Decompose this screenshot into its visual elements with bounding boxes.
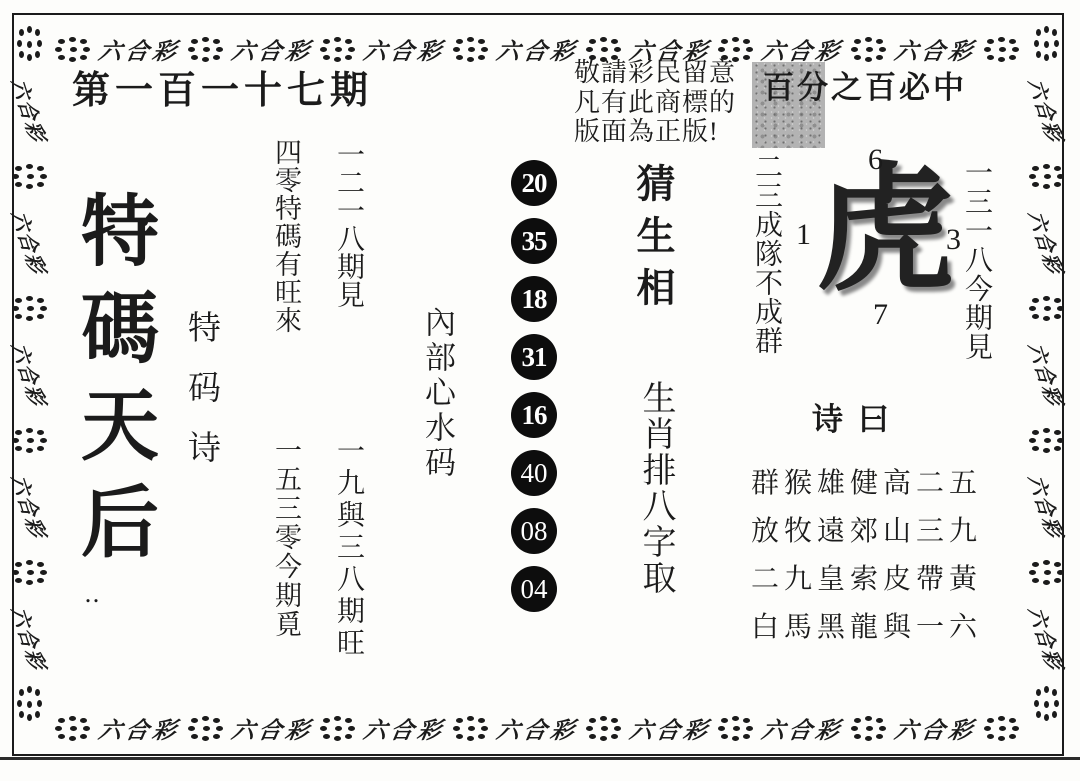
tip-column-2-bottom: 一九與三八期旺	[334, 436, 362, 660]
number-ball: 35	[511, 218, 557, 264]
heading-ellipsis: ‥	[84, 583, 104, 607]
brand-mark: 六合彩	[96, 712, 183, 745]
brand-mark: 六合彩	[627, 712, 714, 745]
dot-cluster-icon	[1033, 686, 1061, 722]
dot-cluster-icon	[1029, 426, 1065, 454]
copyright-notice: 敬請彩民留意 凡有此商標的 版面為正版!	[574, 58, 736, 147]
tiger-number-top: 6	[868, 145, 883, 175]
number-ball: 04	[511, 566, 557, 612]
issue-title: 第一百一十七期	[72, 72, 373, 110]
sub-heading: 特码诗	[184, 310, 217, 490]
tiger-number-bottom: 7	[873, 300, 888, 330]
decorative-border-top: 六合彩 六合彩 六合彩 六合彩 六合彩 六合彩 六合彩	[55, 26, 1020, 72]
brand-mark: 六合彩	[1022, 340, 1071, 408]
lucky-number-balls: 20 35 18 31 16 40 08 04	[511, 160, 557, 612]
dot-cluster-icon	[55, 35, 91, 63]
dot-cluster-icon	[16, 686, 44, 722]
brand-mark: 六合彩	[361, 712, 448, 745]
inner-water-code-label: 內部心水码	[422, 306, 453, 481]
dot-cluster-icon	[1029, 162, 1065, 190]
zodiac-hint: 二三成隊不成群	[752, 152, 780, 355]
poem-line: 放牧遠郊山三九	[751, 508, 982, 556]
tip-column-1-bottom: 一五三零今期覓	[272, 436, 299, 639]
dot-cluster-icon	[851, 35, 887, 63]
poem-line: 二九皇索皮帶黃	[751, 556, 982, 604]
slogan-title: 百分之百必中	[763, 72, 967, 103]
brand-mark: 六合彩	[1022, 472, 1071, 540]
decorative-border-bottom: 六合彩 六合彩 六合彩 六合彩 六合彩 六合彩 六合彩	[55, 706, 1020, 750]
dot-cluster-icon	[1029, 558, 1065, 586]
page-edge-line	[0, 757, 1080, 760]
brand-mark: 六合彩	[1022, 76, 1071, 144]
tiger-number-left: 1	[796, 220, 811, 250]
dot-cluster-icon	[984, 714, 1020, 742]
dot-cluster-icon	[1029, 294, 1065, 322]
brand-mark: 六合彩	[96, 33, 183, 66]
dot-cluster-icon	[1033, 26, 1061, 62]
brand-mark: 六合彩	[361, 33, 448, 66]
zodiac-method-label: 生肖排八字取	[638, 380, 672, 596]
brand-mark: 六合彩	[759, 33, 846, 66]
dot-cluster-icon	[12, 558, 48, 586]
tip-column-2-top: 一二一八期見	[334, 140, 362, 308]
dot-cluster-icon	[984, 35, 1020, 63]
poem-line: 群猴雄健高二五	[751, 460, 982, 508]
poem-block: 群猴雄健高二五 放牧遠郊山三九 二九皇索皮帶黃 白馬黑龍與一六	[751, 460, 982, 652]
main-heading: 特碼天后	[74, 190, 152, 578]
dot-cluster-icon	[12, 294, 48, 322]
number-ball: 16	[511, 392, 557, 438]
brand-mark: 六合彩	[892, 33, 979, 66]
brand-mark: 六合彩	[229, 33, 316, 66]
brand-mark: 六合彩	[759, 712, 846, 745]
number-ball: 18	[511, 276, 557, 322]
dot-cluster-icon	[55, 714, 91, 742]
dot-cluster-icon	[453, 35, 489, 63]
brand-mark: 六合彩	[494, 33, 581, 66]
notice-line: 凡有此商標的	[574, 88, 736, 118]
dot-cluster-icon	[12, 426, 48, 454]
brand-mark: 六合彩	[1022, 604, 1071, 672]
tip-column-1-top: 四零特碼有旺來	[272, 138, 299, 334]
number-ball: 40	[511, 450, 557, 496]
brand-mark: 六合彩	[494, 712, 581, 745]
dot-cluster-icon	[851, 714, 887, 742]
zodiac-animal-character: 虎	[816, 162, 954, 300]
decorative-border-left: 六合彩 六合彩 六合彩 六合彩 六合彩	[13, 30, 47, 718]
dot-cluster-icon	[453, 714, 489, 742]
poem-title: 诗曰	[812, 404, 904, 435]
dot-cluster-icon	[188, 35, 224, 63]
dot-cluster-icon	[718, 714, 754, 742]
guess-zodiac-label: 猜生相	[633, 163, 672, 319]
lottery-tip-sheet: 六合彩 六合彩 六合彩 六合彩 六合彩 六合彩 六合彩 六合彩 六合彩 六合彩 …	[0, 0, 1080, 781]
notice-line: 敬請彩民留意	[574, 58, 736, 88]
brand-mark: 六合彩	[892, 712, 979, 745]
number-ball: 31	[511, 334, 557, 380]
dot-cluster-icon	[586, 714, 622, 742]
dot-cluster-icon	[320, 35, 356, 63]
dot-cluster-icon	[16, 26, 44, 62]
number-ball: 20	[511, 160, 557, 206]
dot-cluster-icon	[320, 714, 356, 742]
dot-cluster-icon	[12, 162, 48, 190]
tiger-number-right: 3	[946, 225, 961, 255]
dot-cluster-icon	[188, 714, 224, 742]
poem-line: 白馬黑龍與一六	[751, 604, 982, 652]
brand-mark: 六合彩	[1022, 208, 1071, 276]
brand-mark: 六合彩	[229, 712, 316, 745]
decorative-border-right: 六合彩 六合彩 六合彩 六合彩 六合彩	[1030, 30, 1064, 718]
notice-line: 版面為正版!	[574, 117, 736, 147]
period-hint: 一三一八今期見	[962, 158, 990, 361]
number-ball: 08	[511, 508, 557, 554]
